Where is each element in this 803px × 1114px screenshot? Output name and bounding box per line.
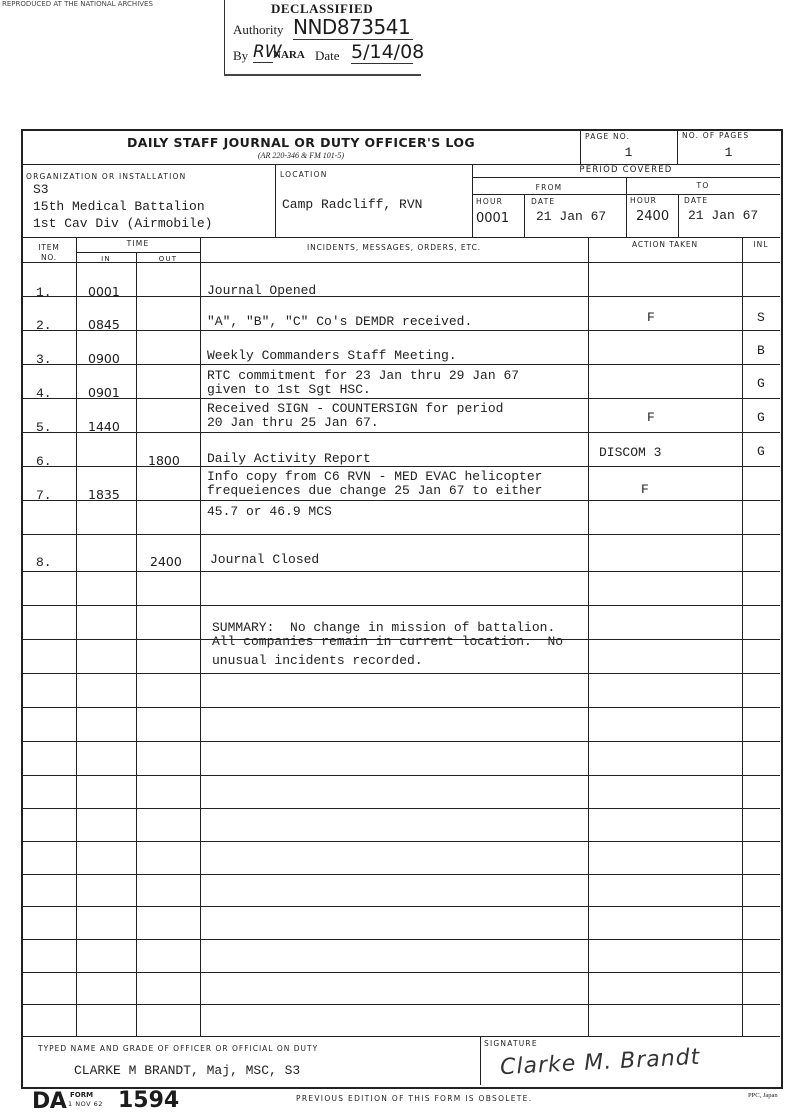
header-inl: INL (742, 240, 780, 249)
incident-text: "A", "B", "C" Co's DEMDR received. (207, 314, 472, 329)
from-date-value: 21 Jan 67 (536, 209, 606, 224)
time-in: 0900 (88, 351, 120, 366)
initials: G (757, 376, 765, 391)
incident-text: Journal Opened (207, 283, 316, 298)
to-hour-label: HOUR (630, 196, 657, 205)
to-label: TO (626, 181, 780, 190)
summary-line-1: SUMMARY: No change in mission of battali… (212, 620, 555, 635)
organization-line-3: 1st Cav Div (Airmobile) (33, 216, 212, 231)
action-taken: F (647, 410, 655, 425)
from-date-label: DATE (531, 197, 555, 206)
from-hour-label: HOUR (476, 197, 503, 206)
incident-text-line2: frequeiences due change 25 Jan 67 to eit… (207, 483, 542, 498)
incident-text-line1: Info copy from C6 RVN - MED EVAC helicop… (207, 469, 542, 484)
header-item-line2: NO. (41, 253, 57, 262)
item-number: 6. (36, 454, 52, 469)
initials: S (757, 310, 765, 325)
initials: B (757, 343, 765, 358)
location-label: LOCATION (280, 170, 328, 179)
item-number: 2. (36, 318, 52, 333)
initials: G (757, 410, 765, 425)
incident-text: Weekly Commanders Staff Meeting. (207, 348, 457, 363)
action-taken: F (647, 310, 655, 325)
incident-text-line1: Received SIGN - COUNTERSIGN for period (207, 401, 503, 416)
item-number: 4. (36, 386, 52, 401)
time-in: 0845 (88, 317, 120, 332)
period-covered-label: PERIOD COVERED (472, 165, 780, 175)
organization-line-1: S3 (33, 182, 49, 197)
header-incidents: INCIDENTS, MESSAGES, ORDERS, ETC. (200, 243, 588, 252)
time-in: 1835 (88, 487, 120, 502)
incident-text: Journal Closed (210, 552, 319, 567)
item-number: 8. (36, 555, 52, 570)
organization-line-2: 15th Medical Battalion (33, 199, 205, 214)
item-number: 1. (36, 285, 52, 300)
no-of-pages-value: 1 (677, 145, 780, 160)
time-out: 1800 (148, 453, 180, 468)
action-taken: F (641, 482, 649, 497)
form-number: 1594 (118, 1088, 179, 1113)
from-label: FROM (472, 183, 626, 192)
item-number: 7. (36, 488, 52, 503)
incident-text-line2: 20 Jan thru 25 Jan 67. (207, 415, 379, 430)
incident-text-line2: given to 1st Sgt HSC. (207, 382, 371, 397)
summary-line-2: All companies remain in current location… (212, 634, 563, 649)
printer-note: PPC, Japan (748, 1092, 778, 1099)
location-value: Camp Radcliff, RVN (282, 197, 422, 212)
form-subtitle: (AR 220-346 & FM 101-5) (22, 151, 580, 160)
item-number: 5. (36, 420, 52, 435)
journal-form: DAILY STAFF JOURNAL OR DUTY OFFICER'S LO… (0, 0, 803, 1114)
time-in: 0001 (88, 284, 120, 299)
header-item-no: ITEM NO. (22, 243, 76, 263)
form-da: DA (32, 1089, 66, 1114)
to-date-label: DATE (684, 196, 708, 205)
signature-label: SIGNATURE (484, 1039, 538, 1048)
from-hour-value: 0001 (476, 211, 509, 226)
obsolete-note: PREVIOUS EDITION OF THIS FORM IS OBSOLET… (296, 1094, 532, 1103)
incident-text-line3: 45.7 or 46.9 MCS (207, 504, 332, 519)
no-of-pages-label: NO. OF PAGES (682, 131, 749, 140)
header-item-line1: ITEM (38, 243, 59, 252)
item-number: 3. (36, 352, 52, 367)
form-date: 1 NOV 62 (68, 1100, 103, 1108)
time-in: 0901 (88, 385, 120, 400)
action-taken: DISCOM 3 (599, 445, 661, 460)
page-no-label: PAGE NO. (585, 132, 630, 141)
typed-name-label: TYPED NAME AND GRADE OF OFFICER OR OFFIC… (38, 1044, 318, 1053)
time-out: 2400 (150, 554, 182, 569)
typed-name-value: CLARKE M BRANDT, Maj, MSC, S3 (74, 1063, 300, 1078)
incident-text-line1: RTC commitment for 23 Jan thru 29 Jan 67 (207, 368, 519, 383)
form-title: DAILY STAFF JOURNAL OR DUTY OFFICER'S LO… (22, 135, 580, 150)
page-no-value: 1 (580, 145, 677, 160)
initials: G (757, 444, 765, 459)
to-hour-value: 2400 (636, 209, 669, 224)
header-time: TIME (76, 239, 200, 248)
incident-text: Daily Activity Report (207, 451, 371, 466)
organization-label: ORGANIZATION OR INSTALLATION (26, 172, 186, 181)
header-action: ACTION TAKEN (588, 240, 742, 249)
summary-line-3: unusual incidents recorded. (212, 653, 423, 668)
to-date-value: 21 Jan 67 (688, 208, 758, 223)
time-in: 1440 (88, 419, 120, 434)
form-word: FORM (70, 1091, 93, 1099)
